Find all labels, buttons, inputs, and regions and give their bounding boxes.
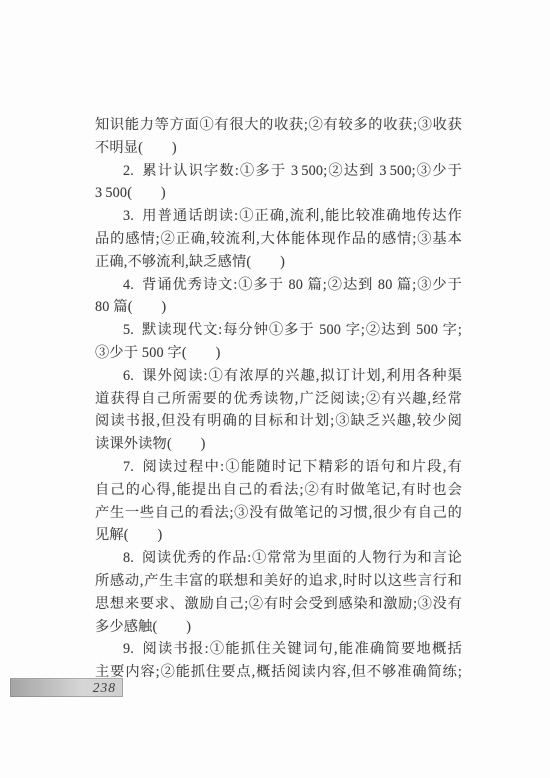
text-line: 产生一些自己的看法;③没有做笔记的习惯,很少有自己的 [95, 502, 462, 525]
text-line: 3. 用普通话朗读:①正确,流利,能比较准确地传达作 [95, 205, 462, 228]
text-line: 读课外读物( ) [95, 433, 462, 456]
text-line: 8. 阅读优秀的作品:①常常为里面的人物行为和言论 [95, 547, 462, 570]
text-line: 所感动,产生丰富的联想和美好的追求,时时以这些言行和 [95, 570, 462, 593]
text-line: ③少于 500 字( ) [95, 342, 462, 365]
text-line: 9. 阅读书报:①能抓住关键词句,能准确简要地概括 [95, 638, 462, 661]
text-line: 知识能力等方面①有很大的收获;②有较多的收获;③收获 [95, 114, 462, 137]
text-line: 5. 默读现代文:每分钟①多于 500 字;②达到 500 字; [95, 319, 462, 342]
text-line: 品的感情;②正确,较流利,大体能体现作品的感情;③基本 [95, 228, 462, 251]
page-number-bar: 238 [10, 678, 123, 697]
text-line: 主要内容;②能抓住要点,概括阅读内容,但不够准确简练; [95, 661, 462, 684]
text-line: 3 500( ) [95, 182, 462, 205]
text-line: 正确,不够流利,缺乏感情( ) [95, 251, 462, 274]
page-number: 238 [93, 680, 116, 696]
text-line: 6. 课外阅读:①有浓厚的兴趣,拟订计划,利用各种渠 [95, 365, 462, 388]
questionnaire-text: 知识能力等方面①有很大的收获;②有较多的收获;③收获 不明显( ) 2. 累计认… [95, 114, 462, 684]
text-line: 自己的心得,能提出自己的看法;②有时做笔记,有时也会 [95, 479, 462, 502]
text-line: 思想来要求、激励自己;②有时会受到感染和激励;③没有 [95, 593, 462, 616]
text-line: 2. 累计认识字数:①多于 3 500;②达到 3 500;③少于 [95, 160, 462, 183]
scanned-book-page: 知识能力等方面①有很大的收获;②有较多的收获;③收获 不明显( ) 2. 累计认… [0, 0, 550, 778]
text-line: 见解( ) [95, 524, 462, 547]
text-line: 80 篇( ) [95, 296, 462, 319]
text-line: 不明显( ) [95, 137, 462, 160]
text-line: 道获得自己所需要的优秀读物,广泛阅读;②有兴趣,经常 [95, 388, 462, 411]
text-line: 多少感触( ) [95, 616, 462, 639]
text-line: 阅读书报,但没有明确的目标和计划;③缺乏兴趣,较少阅 [95, 410, 462, 433]
text-line: 4. 背诵优秀诗文:①多于 80 篇;②达到 80 篇;③少于 [95, 274, 462, 297]
text-line: 7. 阅读过程中:①能随时记下精彩的语句和片段,有 [95, 456, 462, 479]
